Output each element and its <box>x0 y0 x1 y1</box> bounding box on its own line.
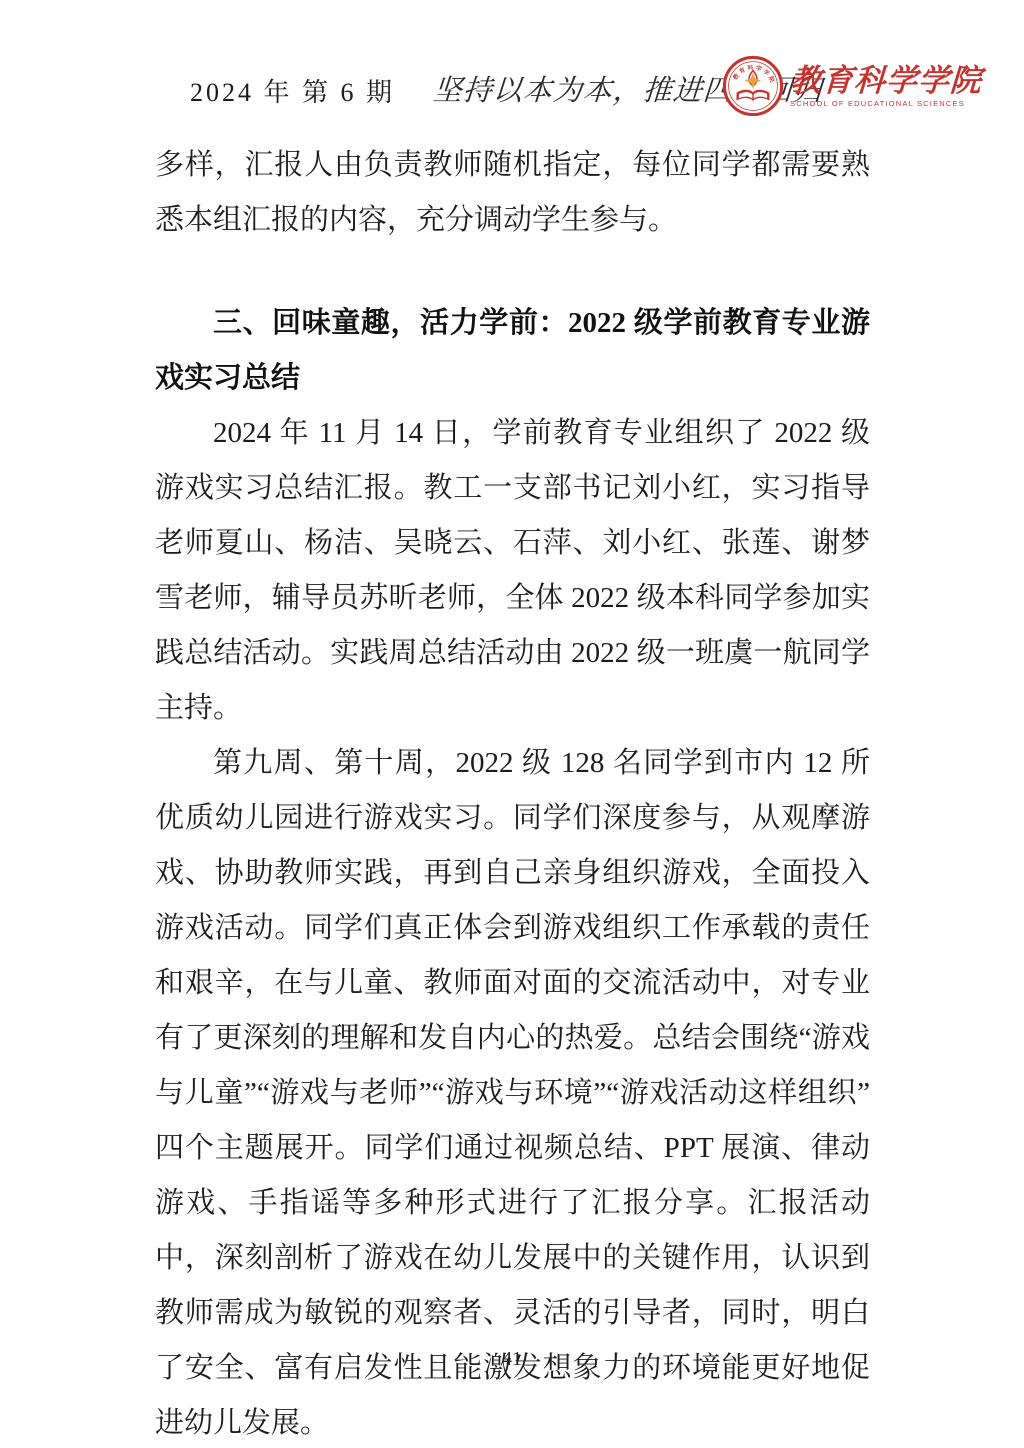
section-heading: 三、回味童趣，活力学前：2022 级学前教育专业游戏实习总结 <box>155 296 870 406</box>
issue-label: 2024 年 第 6 期 <box>190 72 395 109</box>
school-name: 教育科学学院 <box>789 65 983 96</box>
document-page: 2024 年 第 6 期 坚持以本为本，推进四个回归 教育科学学院 <box>0 0 1024 1448</box>
page-footer: 41 <box>0 1348 1024 1371</box>
school-name-en: SCHOOL OF EDUCATIONAL SCIENCES <box>790 100 982 108</box>
paragraph-2: 第九周、第十周，2022 级 128 名同学到市内 12 所优质幼儿园进行游戏实… <box>155 736 870 1448</box>
document-body: 多样，汇报人由负责教师随机指定，每位同学都需要熟悉本组汇报的内容，充分调动学生参… <box>155 138 870 1448</box>
school-logo-text: 教育科学学院 SCHOOL OF EDUCATIONAL SCIENCES <box>790 65 982 108</box>
school-logo: 教育科学学院 教育科学学院 SCHOOL OF EDUCATIONAL SCIE… <box>722 55 982 117</box>
page-number: 41 <box>502 1348 522 1370</box>
school-emblem-icon: 教育科学学院 <box>722 55 784 117</box>
paragraph-1: 2024 年 11 月 14 日，学前教育专业组织了 2022 级游戏实习总结汇… <box>155 406 870 736</box>
paragraph-continuation: 多样，汇报人由负责教师随机指定，每位同学都需要熟悉本组汇报的内容，充分调动学生参… <box>155 138 870 248</box>
